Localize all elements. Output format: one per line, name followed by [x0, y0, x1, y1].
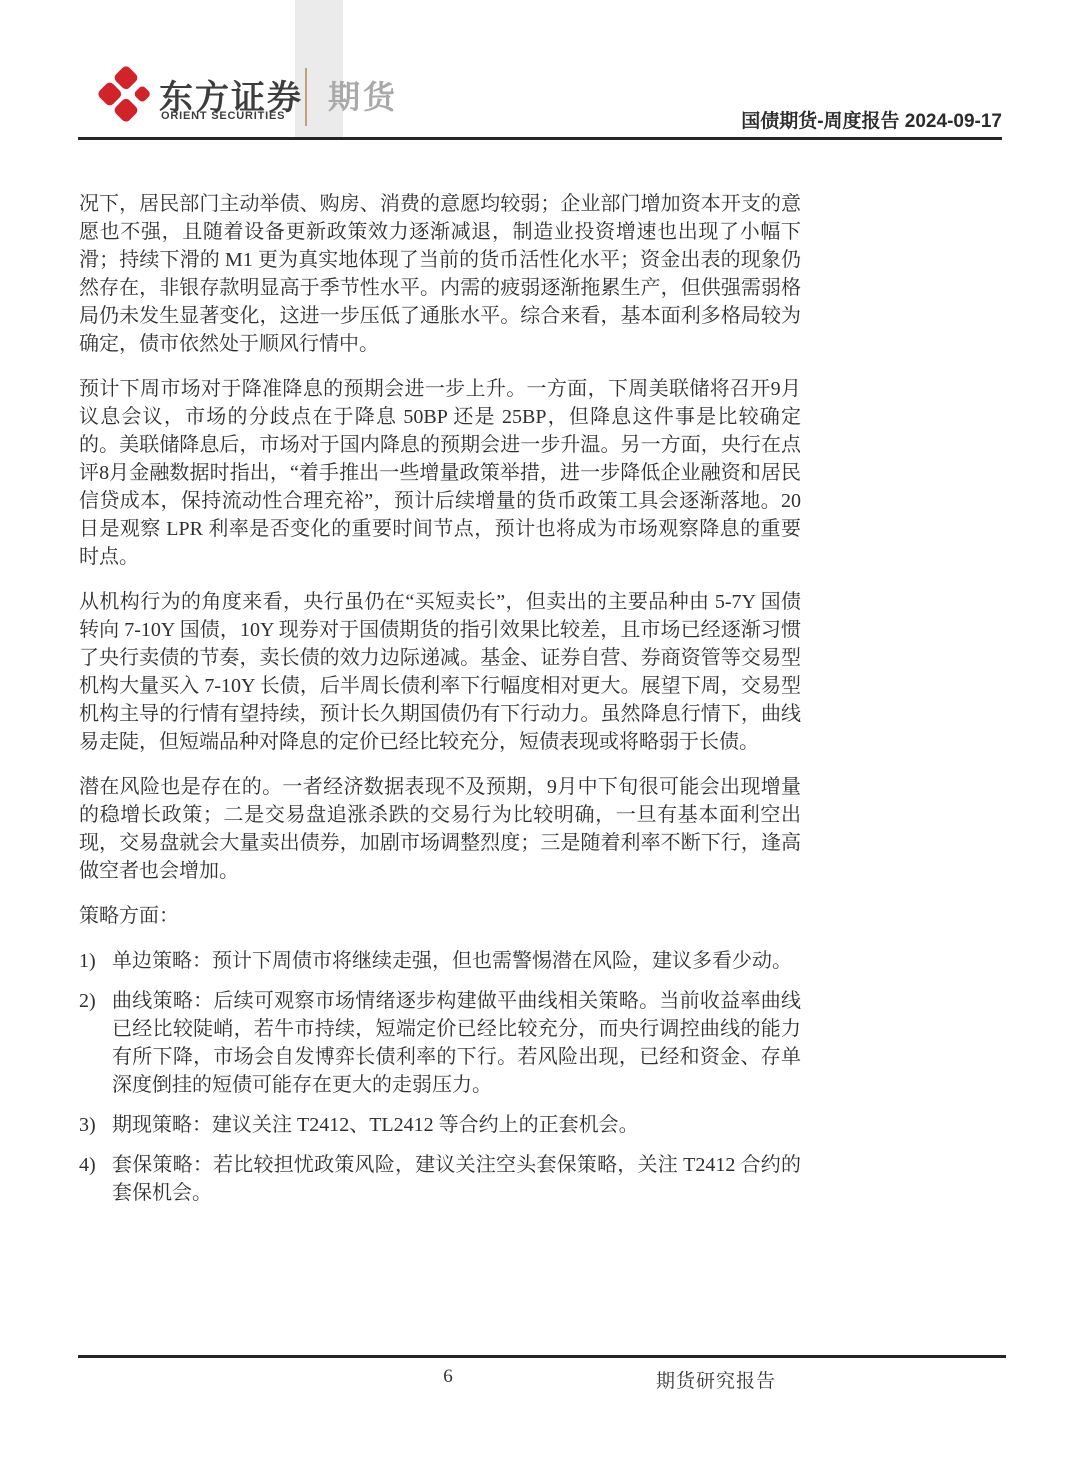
paragraph-fundamentals: 况下，居民部门主动举债、购房、消费的意愿均较弱；企业部门增加资本开支的意愿也不强…	[79, 190, 801, 358]
report-title: 国债期货-周度报告 2024-09-17	[741, 106, 1002, 133]
report-page: 东方证券 ORIENT SECURITIES 期货 国债期货-周度报告 2024…	[0, 0, 1080, 1466]
strategy-item-curve: 2) 曲线策略：后续可观察市场情绪逐步构建做平曲线相关策略。当前收益率曲线已经比…	[79, 987, 801, 1099]
list-number: 4)	[79, 1151, 96, 1179]
page-number: 6	[428, 1366, 468, 1388]
footer-report-type-label: 期货研究报告	[656, 1366, 776, 1393]
orient-securities-logo-icon	[97, 62, 155, 126]
paragraph-risks: 潜在风险也是存在的。一者经济数据表现不及预期，9月中下旬很可能会出现增量的稳增长…	[79, 773, 801, 885]
list-text: 曲线策略：后续可观察市场情绪逐步构建做平曲线相关策略。当前收益率曲线已经比较陡峭…	[112, 990, 801, 1096]
report-title-text: 国债期货-周度报告	[741, 111, 899, 132]
list-text: 套保策略：若比较担忧政策风险，建议关注空头套保策略，关注 T2412 合约的套保…	[112, 1154, 801, 1204]
logo-company-name-en: ORIENT SECURITIES	[161, 110, 285, 122]
paragraph-institutional-behavior: 从机构行为的角度来看，央行虽仍在“买短卖长”，但卖出的主要品种由 5-7Y 国债…	[79, 588, 801, 756]
strategy-heading: 策略方面：	[79, 902, 801, 930]
division-label: 期货	[328, 72, 398, 118]
header-gold-divider	[305, 68, 307, 126]
paragraph-rate-cut-expectation: 预计下周市场对于降准降息的预期会进一步上升。一方面，下周美联储将召开9月议息会议…	[79, 375, 801, 571]
document-body: 况下，居民部门主动举债、购房、消费的意愿均较弱；企业部门增加资本开支的意愿也不强…	[79, 190, 801, 1219]
list-text: 期现策略：建议关注 T2412、TL2412 等合约上的正套机会。	[112, 1114, 639, 1136]
strategy-item-hedging: 4) 套保策略：若比较担忧政策风险，建议关注空头套保策略，关注 T2412 合约…	[79, 1151, 801, 1207]
strategy-item-basis: 3) 期现策略：建议关注 T2412、TL2412 等合约上的正套机会。	[79, 1111, 801, 1139]
list-text: 单边策略：预计下周债市将继续走强，但也需警惕潜在风险，建议多看少动。	[112, 950, 792, 972]
footer-rule	[78, 1355, 1006, 1358]
header-rule	[78, 137, 1002, 140]
report-date: 2024-09-17	[905, 111, 1002, 132]
strategy-item-unilateral: 1) 单边策略：预计下周债市将继续走强，但也需警惕潜在风险，建议多看少动。	[79, 947, 801, 975]
list-number: 3)	[79, 1111, 96, 1139]
list-number: 2)	[79, 987, 96, 1015]
list-number: 1)	[79, 947, 96, 975]
